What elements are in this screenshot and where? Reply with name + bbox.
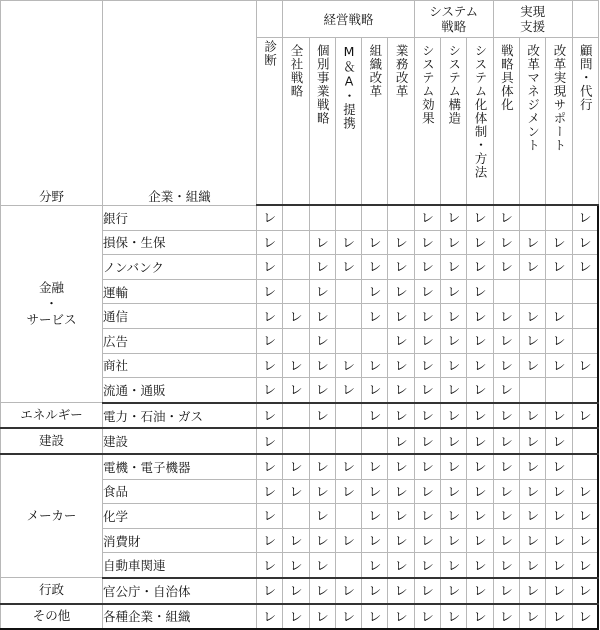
check-mark-icon: レ [474, 530, 487, 549]
check-cell: レ [257, 205, 283, 230]
column-header-label: 全社戦略 [289, 38, 303, 98]
check-mark-icon: レ [526, 330, 539, 349]
check-cell: レ [546, 528, 572, 553]
check-mark-icon: レ [368, 530, 381, 549]
check-mark-icon: レ [368, 580, 381, 599]
check-cell: レ [309, 604, 335, 625]
check-cell: レ [309, 230, 335, 255]
check-cell: レ [546, 255, 572, 280]
check-cell: レ [257, 479, 283, 504]
check-cell: レ [283, 378, 309, 403]
check-cell: レ [546, 578, 572, 604]
check-cell: レ [414, 479, 440, 504]
check-mark-icon: レ [552, 256, 565, 275]
check-mark-icon: レ [552, 355, 565, 374]
check-cell: レ [414, 454, 440, 479]
check-cell: レ [441, 504, 467, 529]
check-mark-icon: レ [526, 232, 539, 251]
check-mark-icon: レ [368, 256, 381, 275]
check-cell: レ [388, 479, 414, 504]
org-cell: 建設 [103, 428, 257, 454]
table-row: メーカー電機・電子機器レレレレレレレレレレレレ [1, 454, 599, 479]
check-cell: レ [414, 304, 440, 329]
check-mark-icon: レ [395, 306, 408, 325]
capability-matrix-table: 分野 企業・組織 経営戦略 システム戦略 実現支援 診断全社戦略個別事業戦略M＆… [0, 0, 599, 624]
check-cell [335, 304, 361, 329]
table-row: エネルギー電力・石油・ガスレレレレレレレレレレレ [1, 403, 599, 429]
check-cell [572, 378, 598, 403]
check-mark-icon: レ [474, 207, 487, 226]
check-cell [283, 230, 309, 255]
org-cell: ノンバンク [103, 255, 257, 280]
check-cell: レ [362, 454, 388, 479]
check-cell: レ [257, 403, 283, 429]
check-mark-icon: レ [421, 232, 434, 251]
check-mark-icon: レ [263, 232, 276, 251]
check-mark-icon: レ [526, 306, 539, 325]
check-cell: レ [362, 528, 388, 553]
check-cell: レ [467, 428, 493, 454]
check-mark-icon: レ [447, 555, 460, 574]
group-header-system-strategy: システム戦略 [414, 1, 493, 38]
check-cell [572, 454, 598, 479]
field-cell: メーカー [1, 454, 103, 578]
org-cell: 商社 [103, 353, 257, 378]
check-cell: レ [335, 578, 361, 604]
check-cell: レ [467, 353, 493, 378]
check-cell: レ [309, 403, 335, 429]
check-cell: レ [257, 428, 283, 454]
group-header-row: 分野 企業・組織 経営戦略 システム戦略 実現支援 [1, 1, 599, 38]
check-cell: レ [257, 454, 283, 479]
check-cell: レ [414, 528, 440, 553]
check-mark-icon: レ [263, 379, 276, 398]
check-mark-icon: レ [421, 256, 434, 275]
check-cell: レ [467, 403, 493, 429]
check-cell [546, 279, 572, 304]
check-cell [335, 205, 361, 230]
check-mark-icon: レ [552, 505, 565, 524]
check-mark-icon: レ [500, 530, 513, 549]
column-header-label: 業務改革 [394, 38, 408, 98]
check-mark-icon: レ [500, 580, 513, 599]
check-cell: レ [520, 428, 546, 454]
check-mark-icon: レ [447, 481, 460, 500]
check-mark-icon: レ [421, 505, 434, 524]
check-mark-icon: レ [552, 232, 565, 251]
check-cell: レ [335, 604, 361, 625]
check-mark-icon: レ [578, 530, 591, 549]
check-cell: レ [388, 255, 414, 280]
check-mark-icon: レ [421, 431, 434, 450]
group-label-line2: 支援 [520, 19, 545, 34]
field-label: その他 [33, 608, 71, 623]
check-cell: レ [414, 504, 440, 529]
check-mark-icon: レ [263, 330, 276, 349]
column-header-label: 個別事業戦略 [315, 38, 329, 125]
column-header: 業務改革 [388, 38, 414, 206]
group-header-empty-diagnosis [257, 1, 283, 38]
check-cell: レ [362, 304, 388, 329]
check-cell: レ [309, 353, 335, 378]
check-cell: レ [414, 279, 440, 304]
check-mark-icon: レ [526, 481, 539, 500]
check-cell: レ [520, 578, 546, 604]
check-cell: レ [388, 604, 414, 625]
check-cell [572, 428, 598, 454]
check-cell: レ [414, 205, 440, 230]
check-mark-icon: レ [316, 505, 329, 524]
check-cell: レ [493, 528, 519, 553]
check-mark-icon: レ [447, 355, 460, 374]
check-cell: レ [572, 353, 598, 378]
check-cell: レ [546, 553, 572, 578]
check-cell: レ [283, 454, 309, 479]
check-mark-icon: レ [552, 606, 565, 624]
check-mark-icon: レ [526, 355, 539, 374]
check-cell: レ [388, 403, 414, 429]
org-cell: 損保・生保 [103, 230, 257, 255]
check-mark-icon: レ [263, 306, 276, 325]
check-mark-icon: レ [316, 530, 329, 549]
check-cell: レ [546, 230, 572, 255]
check-mark-icon: レ [289, 306, 302, 325]
check-cell: レ [388, 230, 414, 255]
check-mark-icon: レ [368, 505, 381, 524]
check-cell: レ [467, 604, 493, 625]
check-cell: レ [309, 528, 335, 553]
check-cell [335, 279, 361, 304]
org-cell: 広告 [103, 328, 257, 353]
check-mark-icon: レ [342, 379, 355, 398]
column-header: 個別事業戦略 [309, 38, 335, 206]
check-cell: レ [362, 479, 388, 504]
check-cell: レ [546, 454, 572, 479]
check-cell: レ [335, 479, 361, 504]
check-mark-icon: レ [447, 580, 460, 599]
column-header: システム化体制・方法 [467, 38, 493, 206]
check-mark-icon: レ [552, 530, 565, 549]
check-cell: レ [414, 230, 440, 255]
field-label: 建設 [39, 433, 64, 448]
check-mark-icon: レ [526, 555, 539, 574]
check-cell [520, 205, 546, 230]
check-cell: レ [441, 353, 467, 378]
check-cell: レ [572, 578, 598, 604]
check-cell: レ [467, 504, 493, 529]
check-mark-icon: レ [500, 456, 513, 475]
check-mark-icon: レ [368, 306, 381, 325]
check-mark-icon: レ [263, 281, 276, 300]
field-header-label: 分野 [39, 189, 64, 204]
check-cell: レ [493, 255, 519, 280]
check-mark-icon: レ [421, 306, 434, 325]
check-cell: レ [441, 279, 467, 304]
check-cell: レ [309, 504, 335, 529]
field-label-line: ・ [45, 296, 58, 311]
check-mark-icon: レ [342, 606, 355, 624]
check-cell: レ [441, 255, 467, 280]
check-mark-icon: レ [578, 232, 591, 251]
check-mark-icon: レ [263, 606, 276, 624]
check-cell: レ [572, 255, 598, 280]
check-mark-icon: レ [447, 606, 460, 624]
check-mark-icon: レ [578, 405, 591, 424]
check-mark-icon: レ [395, 330, 408, 349]
check-mark-icon: レ [552, 580, 565, 599]
check-cell: レ [493, 403, 519, 429]
check-mark-icon: レ [289, 606, 302, 624]
org-column-header: 企業・組織 [103, 1, 257, 206]
check-cell: レ [441, 479, 467, 504]
check-cell: レ [467, 205, 493, 230]
check-cell: レ [572, 604, 598, 625]
check-mark-icon: レ [447, 431, 460, 450]
check-cell: レ [572, 403, 598, 429]
check-mark-icon: レ [552, 555, 565, 574]
check-cell: レ [414, 353, 440, 378]
check-mark-icon: レ [289, 379, 302, 398]
check-mark-icon: レ [395, 405, 408, 424]
check-cell: レ [388, 504, 414, 529]
check-cell [388, 205, 414, 230]
field-cell: 行政 [1, 578, 103, 604]
check-mark-icon: レ [447, 379, 460, 398]
check-mark-icon: レ [368, 355, 381, 374]
check-mark-icon: レ [289, 580, 302, 599]
check-cell: レ [362, 353, 388, 378]
check-cell: レ [283, 578, 309, 604]
check-cell: レ [388, 428, 414, 454]
check-mark-icon: レ [526, 456, 539, 475]
check-mark-icon: レ [474, 555, 487, 574]
check-cell: レ [335, 255, 361, 280]
check-mark-icon: レ [263, 405, 276, 424]
check-cell [546, 205, 572, 230]
check-mark-icon: レ [578, 207, 591, 226]
column-header: 改革実現サポート [546, 38, 572, 206]
check-cell: レ [388, 304, 414, 329]
org-cell: 運輸 [103, 279, 257, 304]
check-cell: レ [257, 378, 283, 403]
check-mark-icon: レ [342, 530, 355, 549]
check-mark-icon: レ [526, 530, 539, 549]
field-column-header: 分野 [1, 1, 103, 206]
check-cell: レ [414, 604, 440, 625]
check-mark-icon: レ [474, 256, 487, 275]
check-cell [520, 279, 546, 304]
column-header: 改革マネジメント [520, 38, 546, 206]
check-cell: レ [309, 378, 335, 403]
check-mark-icon: レ [500, 505, 513, 524]
field-cell: その他 [1, 604, 103, 625]
org-cell: 官公庁・自治体 [103, 578, 257, 604]
check-mark-icon: レ [263, 580, 276, 599]
check-cell: レ [441, 528, 467, 553]
check-cell: レ [493, 504, 519, 529]
check-cell: レ [467, 553, 493, 578]
check-cell: レ [388, 528, 414, 553]
org-cell: 電力・石油・ガス [103, 403, 257, 429]
check-mark-icon: レ [395, 580, 408, 599]
check-cell: レ [467, 578, 493, 604]
check-mark-icon: レ [474, 330, 487, 349]
check-cell: レ [362, 230, 388, 255]
org-cell: 化学 [103, 504, 257, 529]
check-cell: レ [257, 255, 283, 280]
check-mark-icon: レ [500, 481, 513, 500]
check-cell: レ [335, 378, 361, 403]
check-cell: レ [520, 353, 546, 378]
check-mark-icon: レ [316, 355, 329, 374]
check-cell: レ [520, 304, 546, 329]
check-mark-icon: レ [552, 481, 565, 500]
check-cell: レ [493, 428, 519, 454]
check-mark-icon: レ [395, 555, 408, 574]
check-mark-icon: レ [447, 505, 460, 524]
check-cell [335, 428, 361, 454]
column-header: 全社戦略 [283, 38, 309, 206]
check-mark-icon: レ [447, 306, 460, 325]
check-mark-icon: レ [395, 355, 408, 374]
check-cell: レ [546, 353, 572, 378]
check-cell: レ [283, 353, 309, 378]
org-cell: 通信 [103, 304, 257, 329]
check-cell: レ [362, 255, 388, 280]
check-mark-icon: レ [421, 530, 434, 549]
check-cell [283, 279, 309, 304]
check-cell: レ [520, 403, 546, 429]
check-cell: レ [546, 304, 572, 329]
column-header: 組織改革 [362, 38, 388, 206]
check-cell: レ [309, 328, 335, 353]
check-cell: レ [309, 255, 335, 280]
check-mark-icon: レ [289, 530, 302, 549]
check-mark-icon: レ [316, 330, 329, 349]
check-mark-icon: レ [368, 456, 381, 475]
column-header-label: システム効果 [420, 38, 434, 125]
check-mark-icon: レ [316, 281, 329, 300]
check-mark-icon: レ [263, 456, 276, 475]
check-cell: レ [283, 553, 309, 578]
check-mark-icon: レ [316, 580, 329, 599]
check-mark-icon: レ [447, 456, 460, 475]
column-header: M＆A・提携 [335, 38, 361, 206]
column-header: システム効果 [414, 38, 440, 206]
check-mark-icon: レ [552, 431, 565, 450]
check-cell: レ [520, 504, 546, 529]
check-cell: レ [257, 528, 283, 553]
check-cell: レ [467, 328, 493, 353]
check-cell: レ [257, 578, 283, 604]
check-mark-icon: レ [552, 405, 565, 424]
check-mark-icon: レ [395, 232, 408, 251]
check-mark-icon: レ [316, 405, 329, 424]
check-cell: レ [467, 378, 493, 403]
check-mark-icon: レ [395, 481, 408, 500]
column-header-label: 診断 [263, 38, 277, 67]
check-cell: レ [493, 353, 519, 378]
check-cell: レ [335, 528, 361, 553]
check-cell: レ [441, 378, 467, 403]
check-mark-icon: レ [578, 481, 591, 500]
column-header-label: 改革実現サポート [552, 38, 566, 152]
check-cell: レ [257, 353, 283, 378]
check-mark-icon: レ [263, 207, 276, 226]
check-cell: レ [467, 304, 493, 329]
check-cell: レ [283, 304, 309, 329]
check-mark-icon: レ [552, 330, 565, 349]
check-mark-icon: レ [474, 306, 487, 325]
field-label: 行政 [39, 582, 64, 597]
check-mark-icon: レ [500, 256, 513, 275]
check-mark-icon: レ [289, 481, 302, 500]
check-cell: レ [388, 279, 414, 304]
check-cell: レ [414, 578, 440, 604]
check-cell: レ [572, 553, 598, 578]
check-cell: レ [441, 454, 467, 479]
check-cell [362, 205, 388, 230]
field-label-line: 金融 [39, 280, 64, 295]
check-cell: レ [572, 230, 598, 255]
check-mark-icon: レ [421, 281, 434, 300]
check-mark-icon: レ [368, 405, 381, 424]
check-mark-icon: レ [395, 281, 408, 300]
check-mark-icon: レ [395, 456, 408, 475]
field-cell: エネルギー [1, 403, 103, 429]
check-mark-icon: レ [316, 555, 329, 574]
check-cell: レ [257, 504, 283, 529]
check-cell [362, 428, 388, 454]
check-mark-icon: レ [500, 606, 513, 624]
check-cell: レ [520, 528, 546, 553]
check-mark-icon: レ [368, 281, 381, 300]
check-mark-icon: レ [500, 379, 513, 398]
check-cell [283, 504, 309, 529]
check-mark-icon: レ [421, 606, 434, 624]
check-cell: レ [467, 454, 493, 479]
check-mark-icon: レ [263, 530, 276, 549]
check-mark-icon: レ [395, 606, 408, 624]
check-cell: レ [520, 479, 546, 504]
column-header-label: 顧問・代行 [578, 38, 592, 112]
check-cell [572, 304, 598, 329]
check-mark-icon: レ [578, 606, 591, 624]
table-row: その他各種企業・組織レレレレレレレレレレレレレ [1, 604, 599, 625]
check-cell: レ [414, 378, 440, 403]
column-header-label: M＆A・提携 [342, 38, 356, 130]
check-cell: レ [362, 604, 388, 625]
check-mark-icon: レ [474, 355, 487, 374]
check-cell [283, 403, 309, 429]
table-body: 金融・サービス銀行レレレレレレ損保・生保レレレレレレレレレレレレノンバンクレレレ… [1, 205, 599, 624]
check-mark-icon: レ [342, 355, 355, 374]
check-cell: レ [546, 428, 572, 454]
check-mark-icon: レ [526, 431, 539, 450]
check-cell: レ [546, 403, 572, 429]
check-cell: レ [309, 279, 335, 304]
check-cell: レ [283, 604, 309, 625]
check-mark-icon: レ [474, 606, 487, 624]
check-mark-icon: レ [342, 580, 355, 599]
check-mark-icon: レ [447, 330, 460, 349]
check-cell: レ [441, 304, 467, 329]
field-label: メーカー [27, 508, 77, 523]
check-cell: レ [362, 378, 388, 403]
table-row: 建設建設レレレレレレレレ [1, 428, 599, 454]
check-cell: レ [520, 328, 546, 353]
check-mark-icon: レ [500, 207, 513, 226]
